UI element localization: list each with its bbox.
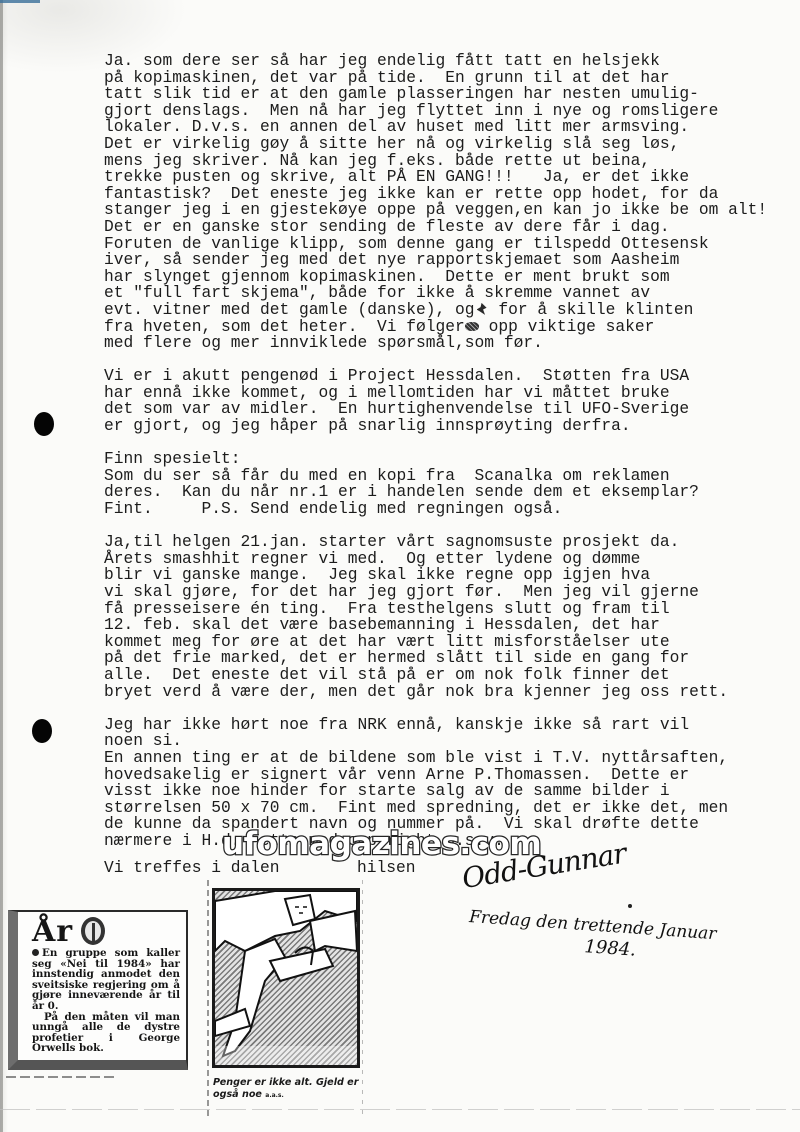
cartoon-caption: Penger er ikke alt. Gjeld er også noe a.… [213,1077,368,1102]
clipping-heading: År [32,916,180,948]
clipping-paragraph-1: En gruppe som kaller seg «Nei til 1984» … [32,947,180,1012]
greeting-text: hilsen [357,860,416,877]
letter-line: Fint. P.S. Send endelig med regningen og… [104,501,794,518]
newspaper-clipping-ar-null: År En gruppe som kaller seg «Nei til 198… [8,910,188,1070]
clipping-body: En gruppe som kaller seg «Nei til 1984» … [32,948,180,1054]
letter-paragraph: Ja. som dere ser så har jeg endelig fått… [104,53,794,352]
letter-line: med flere og mer innviklede spørsmål,som… [104,335,794,352]
zero-glyph-icon [81,917,105,945]
letter-paragraph: Ja,til helgen 21.jan. starter vårt sagno… [104,534,794,700]
closing-text: Vi treffes i dalen [104,860,280,877]
letter-line: er gjort, og jeg håper på snarlig innspr… [104,418,794,435]
running-man-illustration-icon [215,891,357,1065]
clipping-paragraph-2: På den måten vil man unngå alle de dystr… [32,1012,180,1054]
handwritten-date: Fredag den trettende Januar 1984. [467,906,717,967]
letter-line: bryet verd å være der, men det går nok b… [104,684,794,701]
caption-text: Penger er ikke alt. Gjeld er også noe [213,1077,358,1100]
letter-line: evt. vitner med det gamle (danske), og f… [104,302,794,319]
clipping-heading-text: År [32,914,73,949]
newspaper-clipping-cartoon: Penger er ikke alt. Gjeld er også noe a.… [207,880,362,1070]
letter-paragraph: Finn spesielt:Som du ser så får du med e… [104,451,794,517]
letter-paragraph: Vi er i akutt pengenød i Project Hessdal… [104,368,794,434]
scribble-ink-blot-icon [465,320,479,332]
punch-hole-top [34,412,54,436]
scan-corner-mark [0,0,40,3]
bullet-icon [32,949,39,956]
punch-hole-bottom [32,719,52,743]
signature-dot [628,904,632,908]
leaf-ink-blot-icon [475,303,489,315]
letter-body: Ja. som dere ser så har jeg endelig fått… [104,53,794,866]
clipping-cut-edge [207,880,209,1120]
cartoon-illustration [212,888,360,1068]
caption-credit: a.a.s. [265,1092,284,1099]
paper-left-edge [0,0,3,1132]
letter-line: Jeg har ikke hørt noe fra NRK ennå, kans… [104,717,794,734]
clipping-footer-rule [6,1076,116,1078]
scan-bottom-line [0,1109,800,1110]
